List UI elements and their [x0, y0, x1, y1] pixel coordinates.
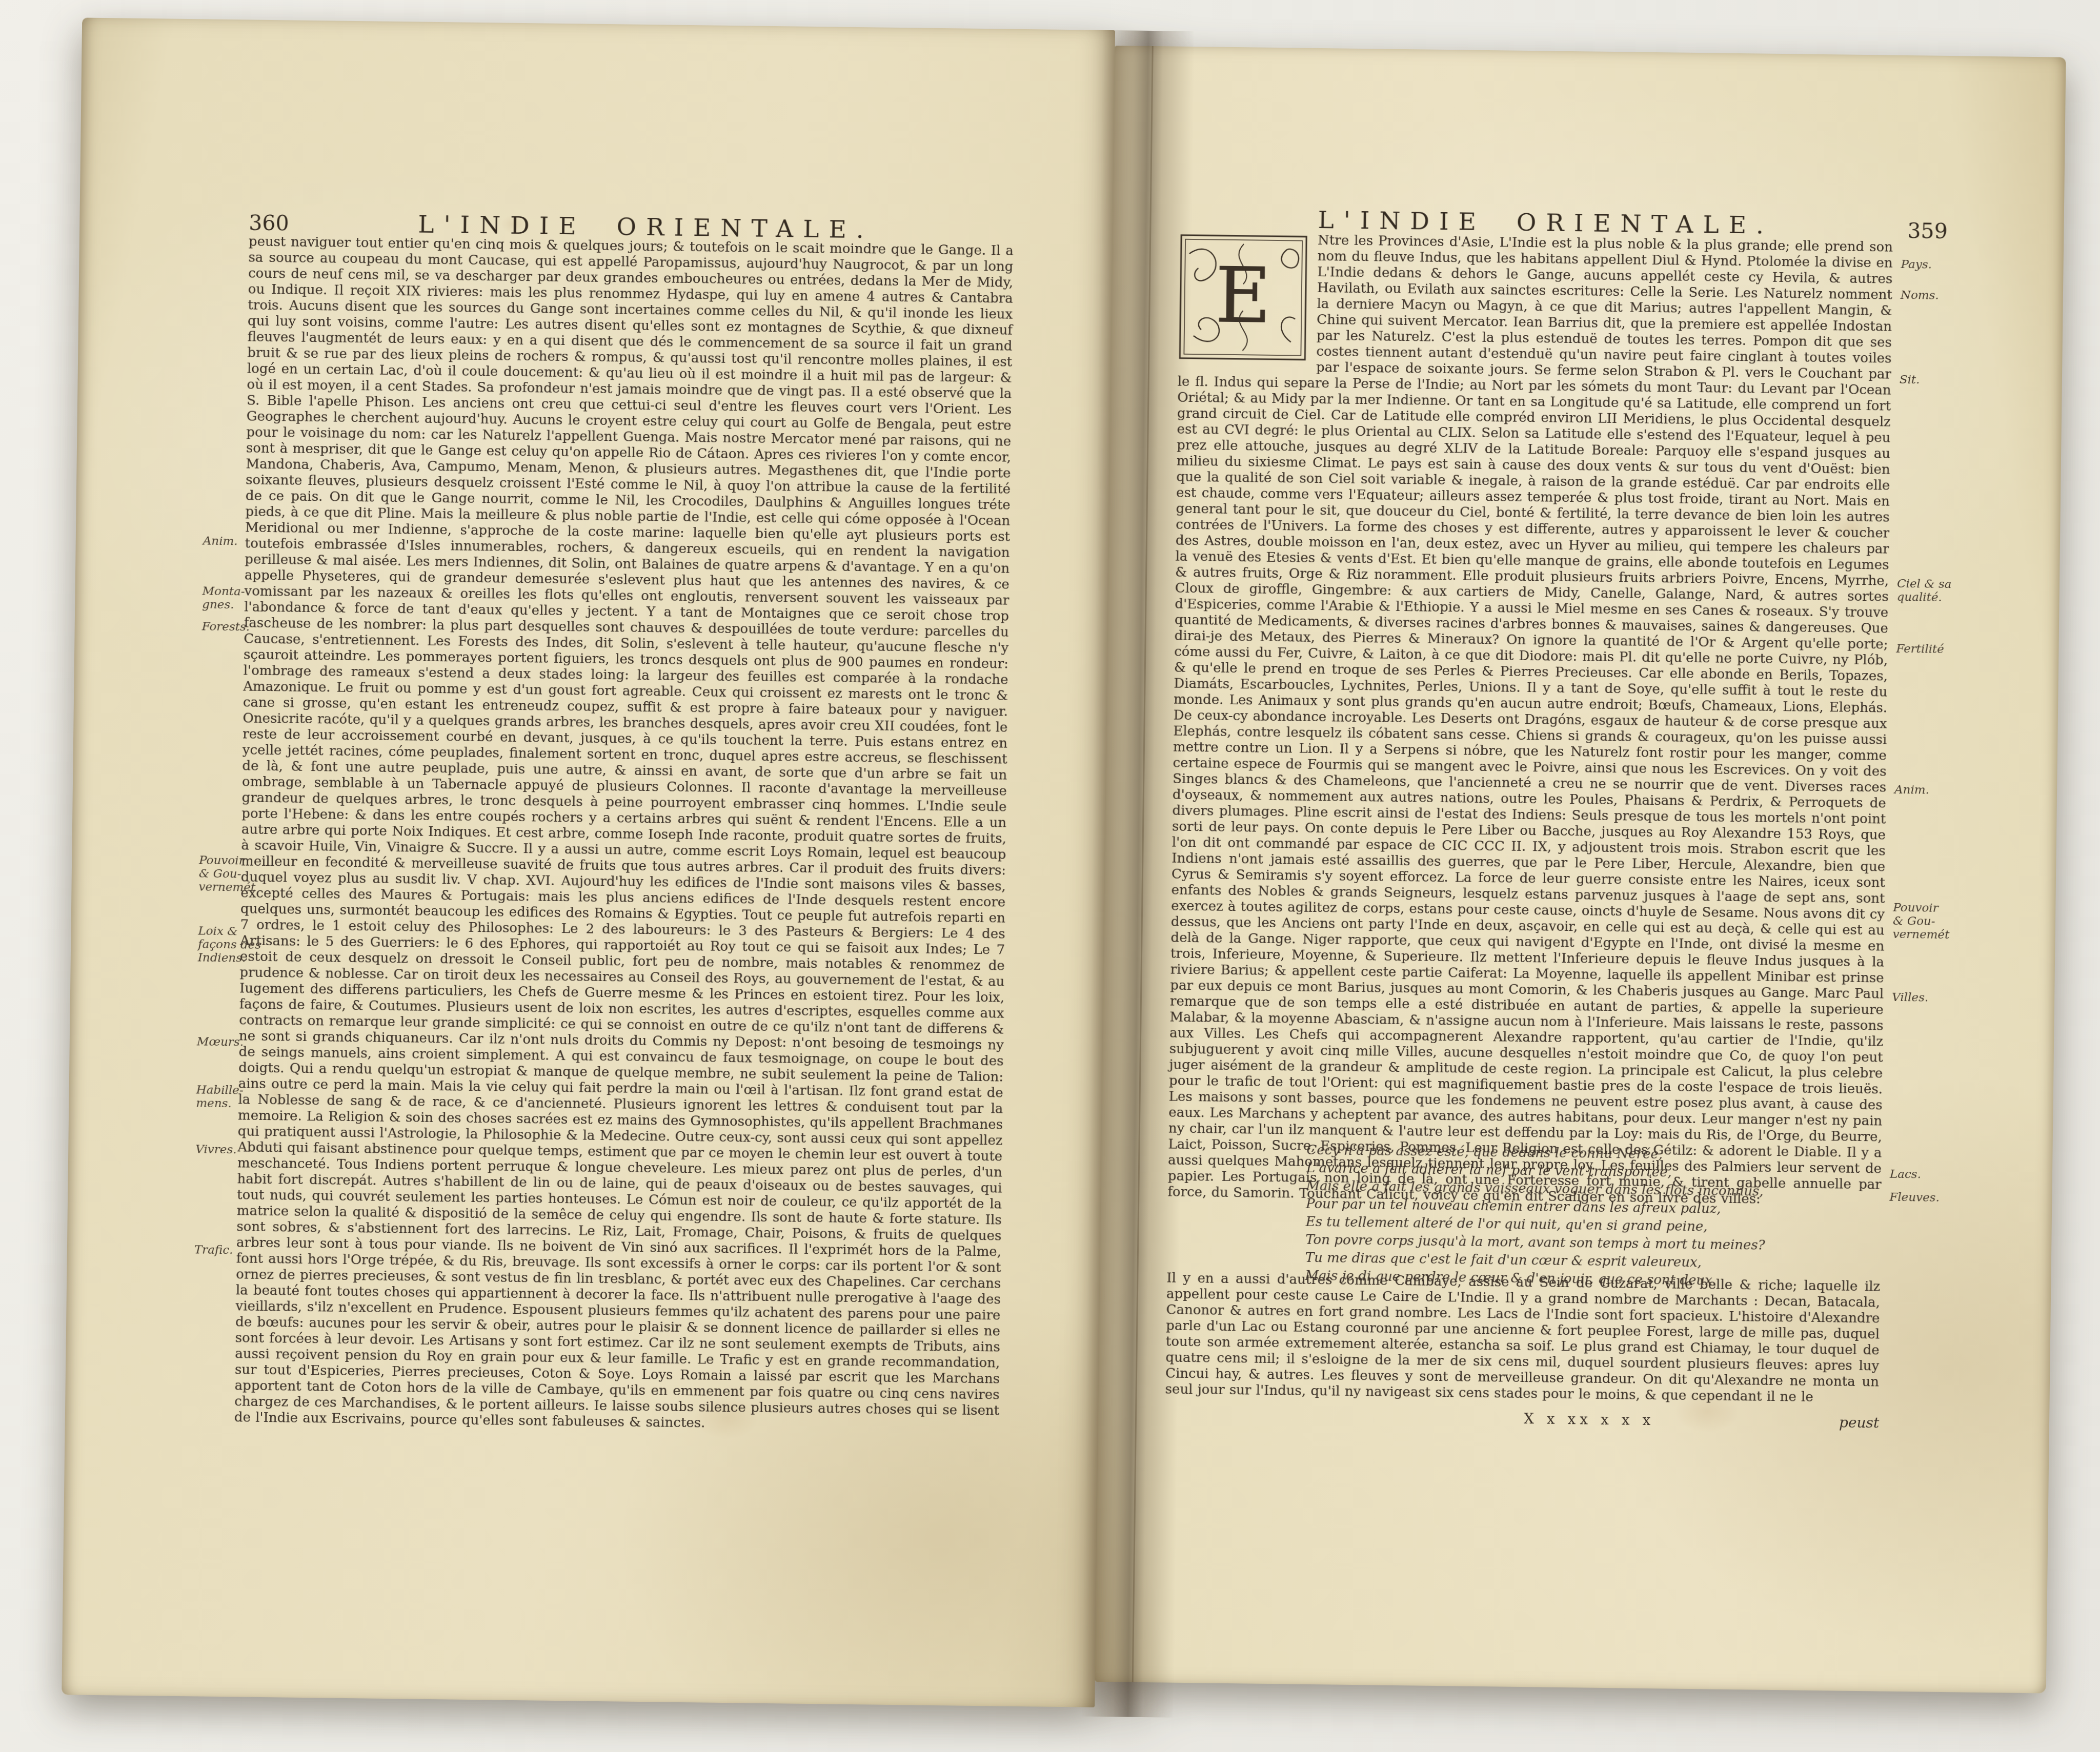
catchword: peust [1839, 1414, 1880, 1432]
margin-note: Pouvoir & Gou- vernemét [198, 853, 286, 894]
page-right: L'INDIE ORIENTALE. 359 E Ntre les Provin… [1095, 46, 2066, 1693]
margin-note: Villes. [1892, 991, 1979, 1005]
body-1-text: Ntre les Provinces d'Asie, L'Indie est l… [1167, 233, 1893, 1207]
margin-note: Mœurs. [197, 1035, 284, 1049]
margin-note: Monta- gnes. [202, 584, 290, 612]
margin-note: Anim. [1894, 783, 1982, 798]
margin-note: Ciel & sa qualité. [1897, 577, 1985, 605]
margin-note: Pouvoir & Gou- vernemét [1892, 901, 1980, 942]
margin-note: Noms. [1901, 289, 1988, 303]
body-text-right: E Ntre les Provinces d'Asie, L'Indie est… [1167, 231, 1893, 1209]
page-left: 360 L'INDIE ORIENTALE. peust naviguer to… [62, 17, 1115, 1707]
margin-note: Vivres. [195, 1143, 282, 1157]
margin-note: Forests. [202, 620, 289, 634]
book-spread: 360 L'INDIE ORIENTALE. peust naviguer to… [62, 17, 2066, 1728]
gutter-fold-line [1132, 46, 1154, 1682]
margin-note: Pays. [1901, 258, 1988, 272]
margin-note: Sit. [1900, 373, 1987, 388]
margin-note: Habille- mens. [196, 1083, 284, 1111]
left-margin-notes: Anim.Monta- gnes.Forests.Pouvoir & Gou- … [189, 19, 296, 1698]
margin-note: Fleuves. [1889, 1191, 1976, 1205]
poem: Cecy n'a pas assez esté, que dedans le c… [1305, 1142, 1766, 1291]
margin-note: Anim. [203, 534, 290, 548]
drop-cap-letter: E [1215, 251, 1272, 341]
body-text-left: peust naviguer tout entier qu'en cinq mo… [234, 234, 1014, 1435]
body-text-right-2: Il y en a aussi d'autres comme Cambaye, … [1165, 1271, 1881, 1407]
margin-note: Trafic. [194, 1243, 281, 1257]
margin-note: Fertilité [1896, 642, 1983, 657]
margin-note: Lacs. [1890, 1168, 1977, 1182]
signature-mark: X x xx x x x [1524, 1410, 1655, 1429]
ornate-initial-icon: E [1178, 233, 1308, 362]
margin-note: Loix & façons des Indiens. [198, 924, 286, 965]
right-margin-notes: Pays.Noms.Sit.Ciel & sa qualité.Fertilit… [1884, 55, 1991, 1693]
